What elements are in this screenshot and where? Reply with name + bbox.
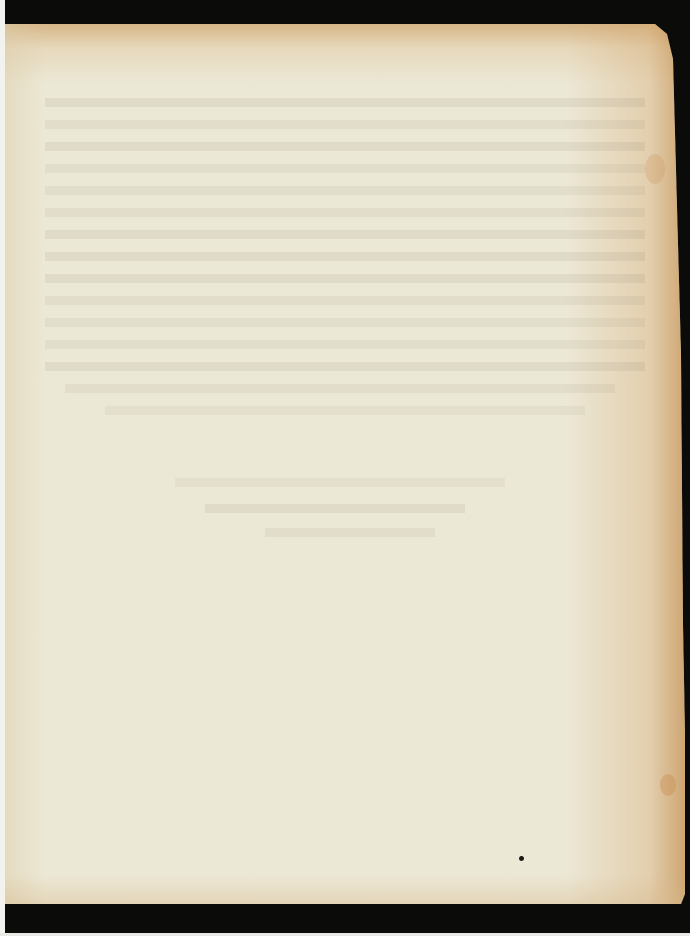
foxing-right [565, 24, 685, 904]
foxing-left [5, 24, 45, 904]
paper-page [5, 24, 685, 904]
foxing-bottom [5, 874, 685, 904]
stain-spot [645, 154, 665, 184]
ink-dot [519, 856, 524, 861]
scan-left-margin [0, 0, 5, 936]
stain-spot [660, 774, 676, 796]
